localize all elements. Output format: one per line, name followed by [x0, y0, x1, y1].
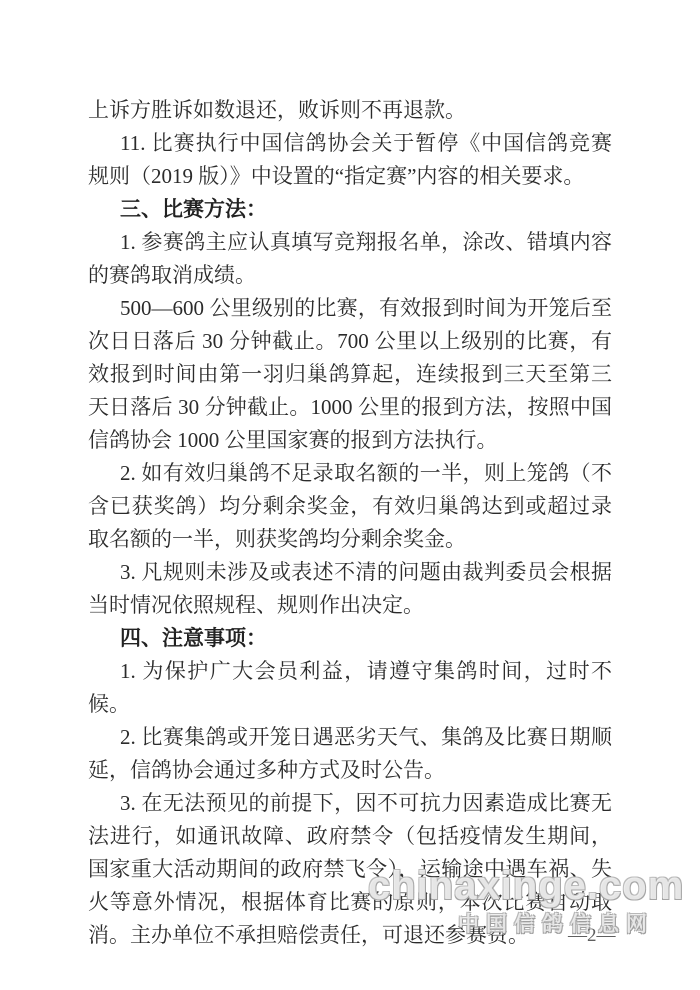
- para-item-11: 11. 比赛执行中国信鸽协会关于暂停《中国信鸽竞赛规则（2019 版）》中设置的…: [88, 127, 612, 193]
- para-method-1: 1. 参赛鸽主应认真填写竞翔报名单，涂改、错填内容的赛鸽取消成绩。: [88, 226, 612, 292]
- para-appeal-refund: 上诉方胜诉如数退还，败诉则不再退款。: [88, 94, 612, 127]
- heading-section-four-notes: 四、注意事项：: [88, 622, 612, 655]
- para-note-2: 2. 比赛集鸽或开笼日遇恶劣天气、集鸽及比赛日期顺延，信鸽协会通过多种方式及时公…: [88, 721, 612, 787]
- document-page: 上诉方胜诉如数退还，败诉则不再退款。 11. 比赛执行中国信鸽协会关于暂停《中国…: [0, 0, 700, 990]
- page-number: —2—: [568, 925, 616, 947]
- para-note-3: 3. 在无法预见的前提下，因不可抗力因素造成比赛无法进行，如通讯故障、政府禁令（…: [88, 787, 612, 952]
- document-text-block: 上诉方胜诉如数退还，败诉则不再退款。 11. 比赛执行中国信鸽协会关于暂停《中国…: [88, 94, 612, 952]
- para-method-2: 2. 如有效归巢鸽不足录取名额的一半，则上笼鸽（不含已获奖鸽）均分剩余奖金，有效…: [88, 457, 612, 556]
- heading-section-three-competition-method: 三、比赛方法：: [88, 193, 612, 226]
- para-method-report-time: 500—600 公里级别的比赛，有效报到时间为开笼后至次日日落后 30 分钟截止…: [88, 292, 612, 457]
- para-note-1: 1. 为保护广大会员利益，请遵守集鸽时间，过时不候。: [88, 655, 612, 721]
- para-method-3: 3. 凡规则未涉及或表述不清的问题由裁判委员会根据当时情况依照规程、规则作出决定…: [88, 556, 612, 622]
